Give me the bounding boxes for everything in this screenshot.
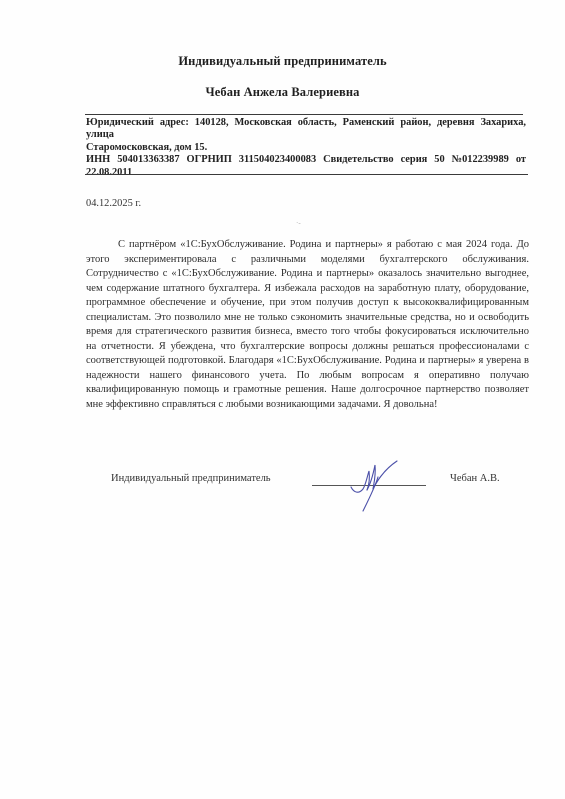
signatory-name: Чебан А.В. — [450, 473, 500, 484]
header-divider-bottom — [85, 174, 528, 175]
inn-value: 504013363387 — [117, 154, 179, 166]
scan-artifact-mark: ·- — [296, 219, 301, 227]
certificate-label: Свидетельство — [323, 154, 393, 166]
document-page: Индивидуальный предприниматель Чебан Анж… — [0, 0, 565, 799]
testimonial-paragraph: С партнёром «1С:БухОбслуживание. Родина … — [86, 238, 529, 413]
certificate-series-label: серия — [401, 154, 428, 166]
ogrnip-value: 311504023400083 — [239, 154, 316, 166]
requisites-block: Юридический адрес: 140128, Московская об… — [86, 117, 526, 179]
legal-address-line-2: Старомосковская, дом 15. — [86, 142, 526, 154]
handwritten-signature-icon — [345, 453, 415, 513]
letter-date: 04.12.2025 г. — [86, 198, 141, 209]
signature-row: Индивидуальный предприниматель Чебан А.В… — [0, 473, 565, 513]
certificate-from-label: от — [516, 154, 526, 166]
certificate-date: 22.08.2011 — [86, 167, 526, 179]
legal-address-line-1: Юридический адрес: 140128, Московская об… — [86, 117, 526, 142]
inn-label: ИНН — [86, 154, 110, 166]
certificate-number: №012239989 — [452, 154, 509, 166]
header-divider-top — [85, 114, 523, 115]
document-heading-name: Чебан Анжела Валериевна — [0, 85, 565, 100]
document-heading-title: Индивидуальный предприниматель — [0, 54, 565, 69]
ogrnip-label: ОГРНИП — [187, 154, 232, 166]
registration-numbers-line: ИНН 504013363387 ОГРНИП 311504023400083 … — [86, 154, 526, 166]
signatory-title: Индивидуальный предприниматель — [111, 473, 271, 484]
certificate-series-value: 50 — [434, 154, 444, 166]
